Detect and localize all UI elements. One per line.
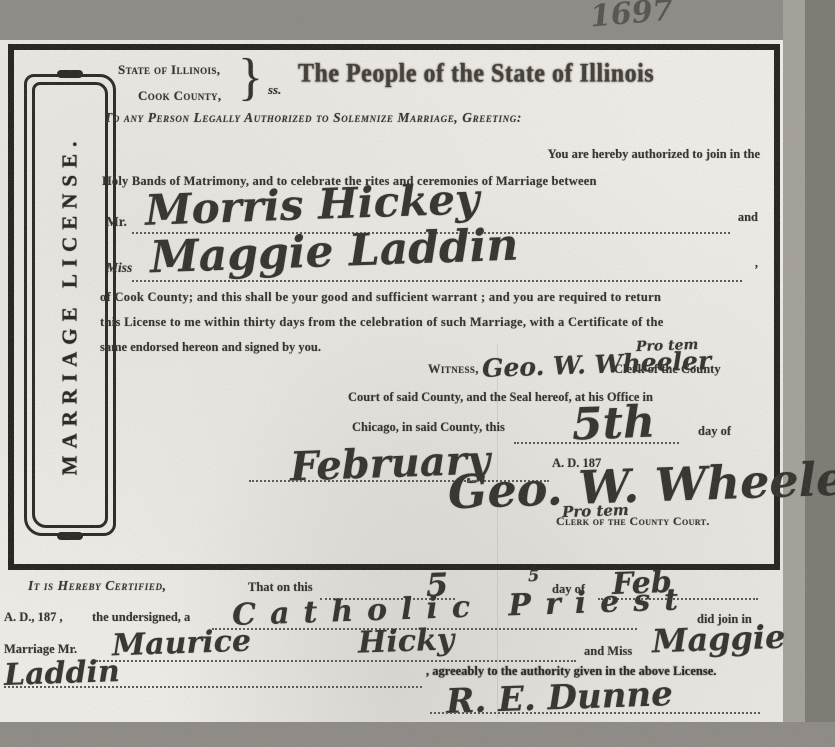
witness-label: Witness, xyxy=(428,362,479,377)
warrant-line-1: of Cook County; and this shall be your g… xyxy=(100,290,661,305)
certificate-section: It is Hereby Certified, That on this 5 5… xyxy=(0,564,783,722)
banner-ornament-bottom xyxy=(57,532,83,540)
brace-glyph: } xyxy=(238,52,263,104)
ss-abbreviation: ss. xyxy=(268,82,281,98)
salutation-line: To any Person Legally Authorized to Sole… xyxy=(104,110,522,126)
marriage-mr-label: Marriage Mr. xyxy=(4,642,77,657)
scan-right-band-light xyxy=(783,0,805,747)
warrant-line-2: this License to me within thirty days fr… xyxy=(100,315,664,330)
scan-top-band xyxy=(0,0,835,40)
license-border-box: MARRIAGE LICENSE. State of Illinois, Coo… xyxy=(8,44,780,570)
cert-bride-baseline xyxy=(4,686,422,688)
and-label: and xyxy=(738,210,758,225)
clerk-signature-handwritten: Geo. W. Wheeler xyxy=(447,451,835,520)
bride-name-baseline xyxy=(132,280,742,282)
protem-annotation: Pro tem xyxy=(636,337,699,355)
that-on-this-text: That on this xyxy=(248,580,313,595)
scan-bottom-band xyxy=(0,722,835,747)
document-heading: The People of the State of Illinois xyxy=(298,60,654,89)
county-label: Cook County, xyxy=(138,88,222,104)
cert-groom-last-handwritten: Hicky xyxy=(357,622,454,660)
clerk-title-label: Clerk of the County Court. xyxy=(556,514,710,529)
cert-ad-label: A. D., 187 , xyxy=(4,610,63,625)
undersigned-text: the undersigned, a xyxy=(92,610,190,625)
banner-ornament-top xyxy=(57,70,83,78)
chicago-line: Chicago, in said County, this xyxy=(352,420,505,435)
scanned-marriage-license-document: 1697 MARRIAGE LICENSE. State of Illinois… xyxy=(0,0,835,747)
warrant-line-3: same endorsed hereon and signed by you. xyxy=(100,340,321,355)
scan-right-band-dark xyxy=(805,0,835,747)
certified-label: It is Hereby Certified, xyxy=(28,578,167,594)
bride-line-punctuation: , xyxy=(755,256,758,271)
marriage-license-banner: MARRIAGE LICENSE. xyxy=(24,74,116,536)
cert-day-note-handwritten: 5 xyxy=(528,566,540,585)
officiant-signature-handwritten: R. E. Dunne xyxy=(445,674,673,722)
mr-label: Mr. xyxy=(106,214,127,230)
banner-title: MARRIAGE LICENSE. xyxy=(58,135,83,476)
cert-groom-first-handwritten: Maurice xyxy=(111,624,251,664)
clerk-of-county-text: Clerk of the County xyxy=(614,362,721,377)
state-label: State of Illinois, xyxy=(118,62,220,78)
miss-label: Miss xyxy=(106,260,132,276)
day-of-label: day of xyxy=(698,424,731,439)
and-miss-label: and Miss xyxy=(584,644,632,659)
license-day-baseline xyxy=(514,442,679,444)
officiant-signature-baseline xyxy=(430,712,760,714)
authorized-line: You are hereby authorized to join in the xyxy=(548,147,760,162)
cert-bride-first-handwritten: Maggie xyxy=(651,618,786,661)
